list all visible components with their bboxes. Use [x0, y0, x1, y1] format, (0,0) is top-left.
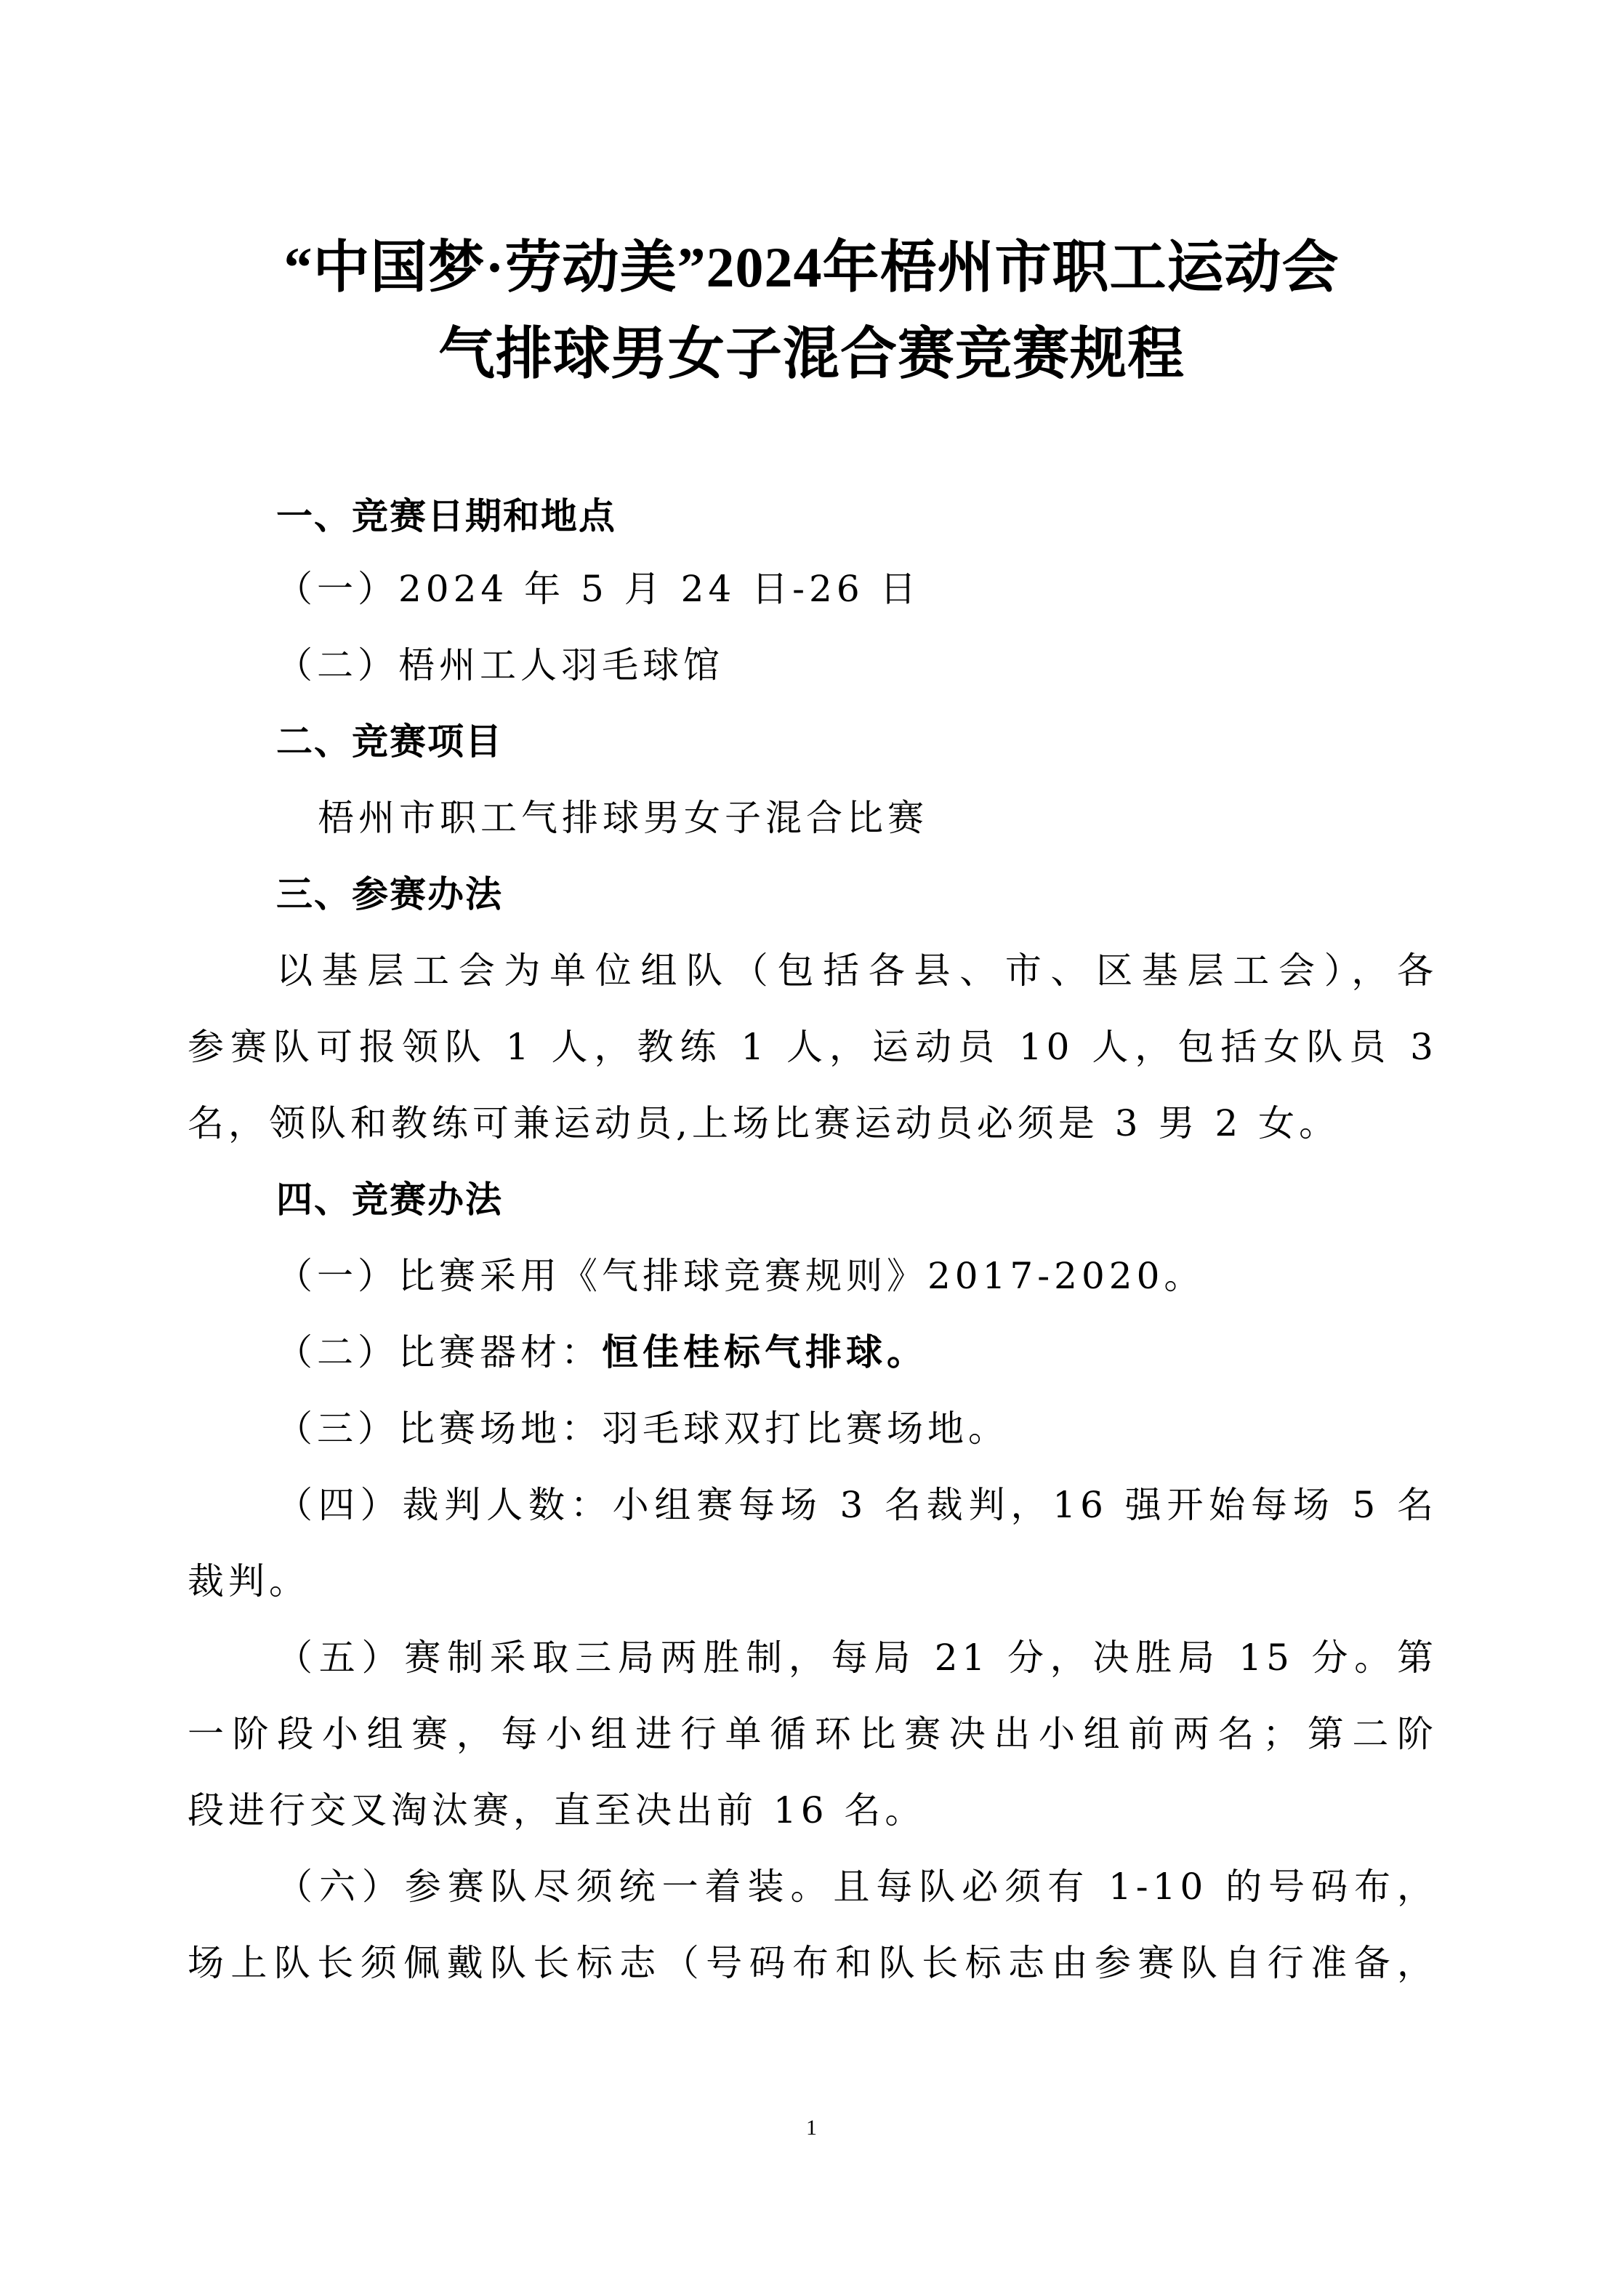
section-1-item-1: （一）2024 年 5 月 24 日-26 日 — [276, 567, 1526, 611]
section-1-item-2: （二）梧州工人羽毛球馆 — [276, 643, 1526, 687]
document-title-line-1: “中国梦·劳动美”2024年梧州市职工运动会 — [0, 231, 1623, 304]
section-4-item-4-line-2: 裁判。 — [188, 1560, 1438, 1603]
section-4-item-4-line-1: （四）裁判人数：小组赛每场 3 名裁判，16 强开始每场 5 名 — [276, 1483, 1438, 1527]
section-4-item-2-bold: 恒佳桂标气排球。 — [602, 1331, 927, 1373]
document-page: “中国梦·劳动美”2024年梧州市职工运动会 气排球男女子混合赛竞赛规程 一、竞… — [0, 0, 1623, 2296]
section-2-item-1: 梧州市职工气排球男女子混合比赛 — [318, 796, 1568, 840]
section-heading-4: 四、竞赛办法 — [276, 1178, 1526, 1221]
section-4-item-5-line-3: 段进行交叉淘汰赛，直至决出前 16 名。 — [188, 1789, 1438, 1832]
section-4-item-1: （一）比赛采用《气排球竞赛规则》2017-2020。 — [276, 1254, 1526, 1298]
section-4-item-5-line-1: （五）赛制采取三局两胜制，每局 21 分，决胜局 15 分。第 — [276, 1636, 1438, 1679]
section-heading-2: 二、竞赛项目 — [276, 720, 1526, 763]
section-4-item-6-line-2: 场上队长须佩戴队长标志（号码布和队长标志由参赛队自行准备， — [188, 1941, 1438, 1985]
page-number: 1 — [0, 2116, 1623, 2140]
section-3-paragraph-line-3: 名，领队和教练可兼运动员,上场比赛运动员必须是 3 男 2 女。 — [188, 1101, 1438, 1145]
document-title-line-2: 气排球男女子混合赛竞赛规程 — [0, 318, 1623, 390]
section-4-item-6-line-1: （六）参赛队尽须统一着装。且每队必须有 1-10 的号码布， — [276, 1865, 1438, 1908]
section-3-paragraph-line-1: 以基层工会为单位组队（包括各县、市、区基层工会），各 — [276, 949, 1438, 992]
section-heading-3: 三、参赛办法 — [276, 872, 1526, 916]
section-4-item-2: （二）比赛器材：恒佳桂标气排球。 — [276, 1330, 1526, 1374]
section-4-item-5-line-2: 一阶段小组赛，每小组进行单循环比赛决出小组前两名；第二阶 — [188, 1712, 1438, 1756]
section-3-paragraph-line-2: 参赛队可报领队 1 人，教练 1 人，运动员 10 人，包括女队员 3 — [188, 1025, 1438, 1069]
section-4-item-3: （三）比赛场地：羽毛球双打比赛场地。 — [276, 1407, 1526, 1450]
section-4-item-2-prefix: （二）比赛器材： — [276, 1331, 602, 1373]
section-heading-1: 一、竞赛日期和地点 — [276, 494, 1526, 538]
